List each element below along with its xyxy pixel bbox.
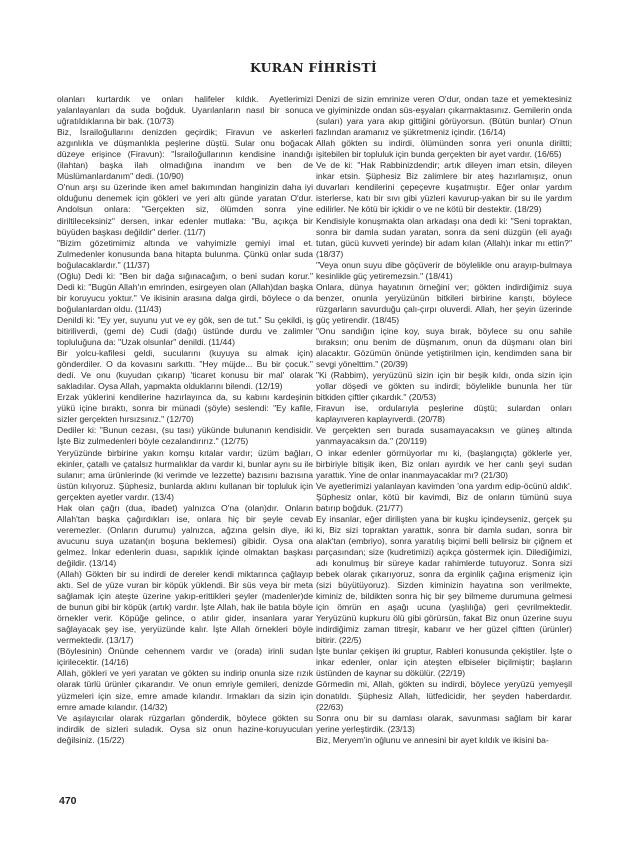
- verse-paragraph: "Veya onun suyu dibe göçüverir de böylel…: [316, 260, 572, 282]
- verse-paragraph: Görmedin mi, Allah, gökten su indirdi, b…: [316, 679, 572, 712]
- verse-paragraph: O'nun arşı su üzerinde iken amel bakımın…: [57, 182, 313, 237]
- verse-paragraph: Ve de ki: "Hak Rabbinizdendir; artık dil…: [316, 160, 572, 215]
- verse-paragraph: "Onu sandığın içine koy, suya bırak, böy…: [316, 326, 572, 370]
- verse-paragraph: İşte bunlar çekişen iki gruptur, Rableri…: [316, 646, 572, 679]
- verse-paragraph: Yeryüzünde birbirine yakın komşu kıtalar…: [57, 448, 313, 503]
- verse-paragraph: Allah gökten su indirdi, ölümünden sonra…: [316, 138, 572, 160]
- book-page: KURAN FİHRİSTİ olanları kurtardık ve onl…: [0, 0, 627, 854]
- verse-paragraph: (Allah) Gökten bir su indirdi de dereler…: [57, 569, 313, 646]
- verse-paragraph: Biz, İsrailoğullarını denizden geçirdik;…: [57, 127, 313, 182]
- verse-paragraph: Ve gerçekten sen burada susamayacaksın v…: [316, 425, 572, 447]
- verse-paragraph: Erzak yüklerini kendilerine hazırlayınca…: [57, 392, 313, 425]
- verse-paragraph: Denizi de sizin emrinize veren O'dur, on…: [316, 94, 572, 138]
- verse-paragraph: Firavun ise, ordularıyla peşlerine düştü…: [316, 403, 572, 425]
- verse-paragraph: Ve ayetlerimizi yalanlayan kavimden 'ona…: [316, 481, 572, 514]
- verse-paragraph: "Bizim gözetimimiz altında ve vahyimizle…: [57, 238, 313, 271]
- verse-paragraph: (Böylesinin) Önünde cehennem vardır ve (…: [57, 646, 313, 668]
- verse-paragraph: Sonra onu bir su damlası olarak, savunma…: [316, 713, 572, 735]
- verse-paragraph: Denildi ki: "Ey yer, suyunu yut ve ey gö…: [57, 315, 313, 348]
- verse-paragraph: Hak olan çağrı (dua, ibadet) yalnızca O'…: [57, 503, 313, 569]
- verse-paragraph: Biz, Meryem'in oğlunu ve annesini bir ay…: [316, 735, 572, 746]
- verse-paragraph: Ve aşılayıcılar olarak rüzgarları gönder…: [57, 713, 313, 746]
- page-title: KURAN FİHRİSTİ: [0, 60, 627, 75]
- verse-paragraph: (Oğlu) Dedi ki: "Ben bir dağa sığınacağı…: [57, 271, 313, 315]
- verse-paragraph: "Ki (Rabbim), yeryüzünü sizin için bir b…: [316, 370, 572, 403]
- verse-paragraph: Onlara, dünya hayatının örneğini ver; gö…: [316, 282, 572, 326]
- verse-paragraph: Kendisiyle konuşmakta olan arkadaşı ona …: [316, 216, 572, 260]
- right-column: Denizi de sizin emrinize veren O'dur, on…: [316, 94, 572, 746]
- left-column: olanları kurtardık ve onları halifeler k…: [57, 94, 313, 746]
- verse-paragraph: Ey insanlar, eğer dirilişten yana bir ku…: [316, 514, 572, 647]
- verse-paragraph: O inkar edenler görmüyorlar mı ki, (başl…: [316, 448, 572, 481]
- verse-paragraph: olanları kurtardık ve onları halifeler k…: [57, 94, 313, 127]
- verse-paragraph: Bir yolcu-kafilesi geldi, sucularını (ku…: [57, 348, 313, 392]
- page-number: 470: [59, 795, 77, 807]
- verse-paragraph: Dediler ki: "Bunun cezası, (su tası) yük…: [57, 425, 313, 447]
- verse-paragraph: Allah, gökleri ve yeri yaratan ve gökten…: [57, 668, 313, 712]
